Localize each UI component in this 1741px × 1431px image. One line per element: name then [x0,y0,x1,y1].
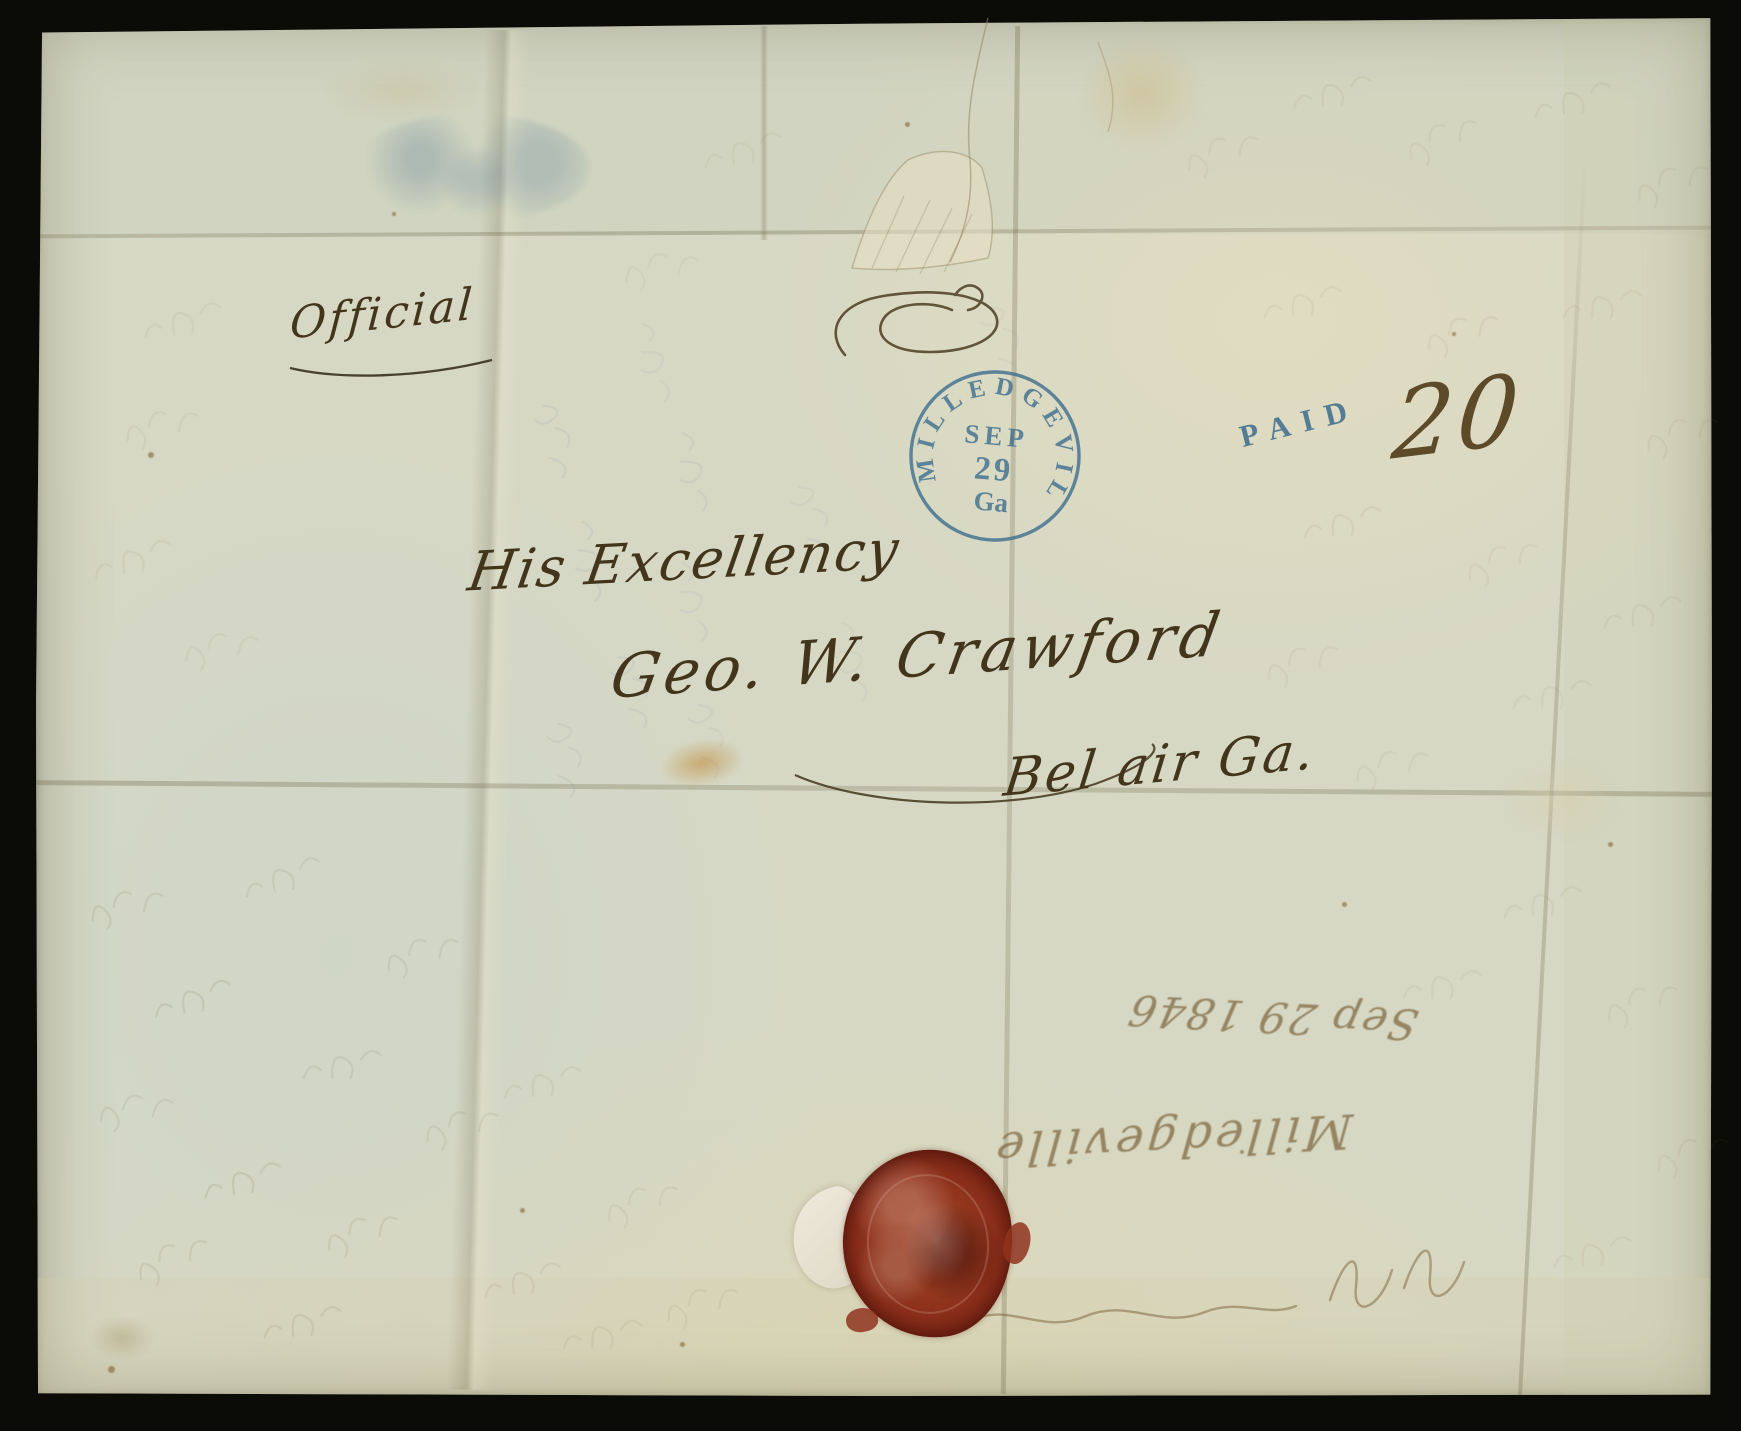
docket-scrawl [968,1251,1464,1323]
photograph-background: Official 20 PAID His Excellency Geo. W. … [0,0,1741,1431]
postal-rate-20: 20 [1388,352,1527,482]
pen-flourish [836,285,997,355]
postmark-day: 29 [973,450,1015,489]
postmark-state: Ga [972,485,1009,518]
torn-flap [852,18,1113,274]
postmark-month: SEP [963,418,1030,454]
official-underline [290,360,492,376]
milledgeville-postmark: MILLEDGEVILLE SEP 29 Ga [892,353,1098,559]
